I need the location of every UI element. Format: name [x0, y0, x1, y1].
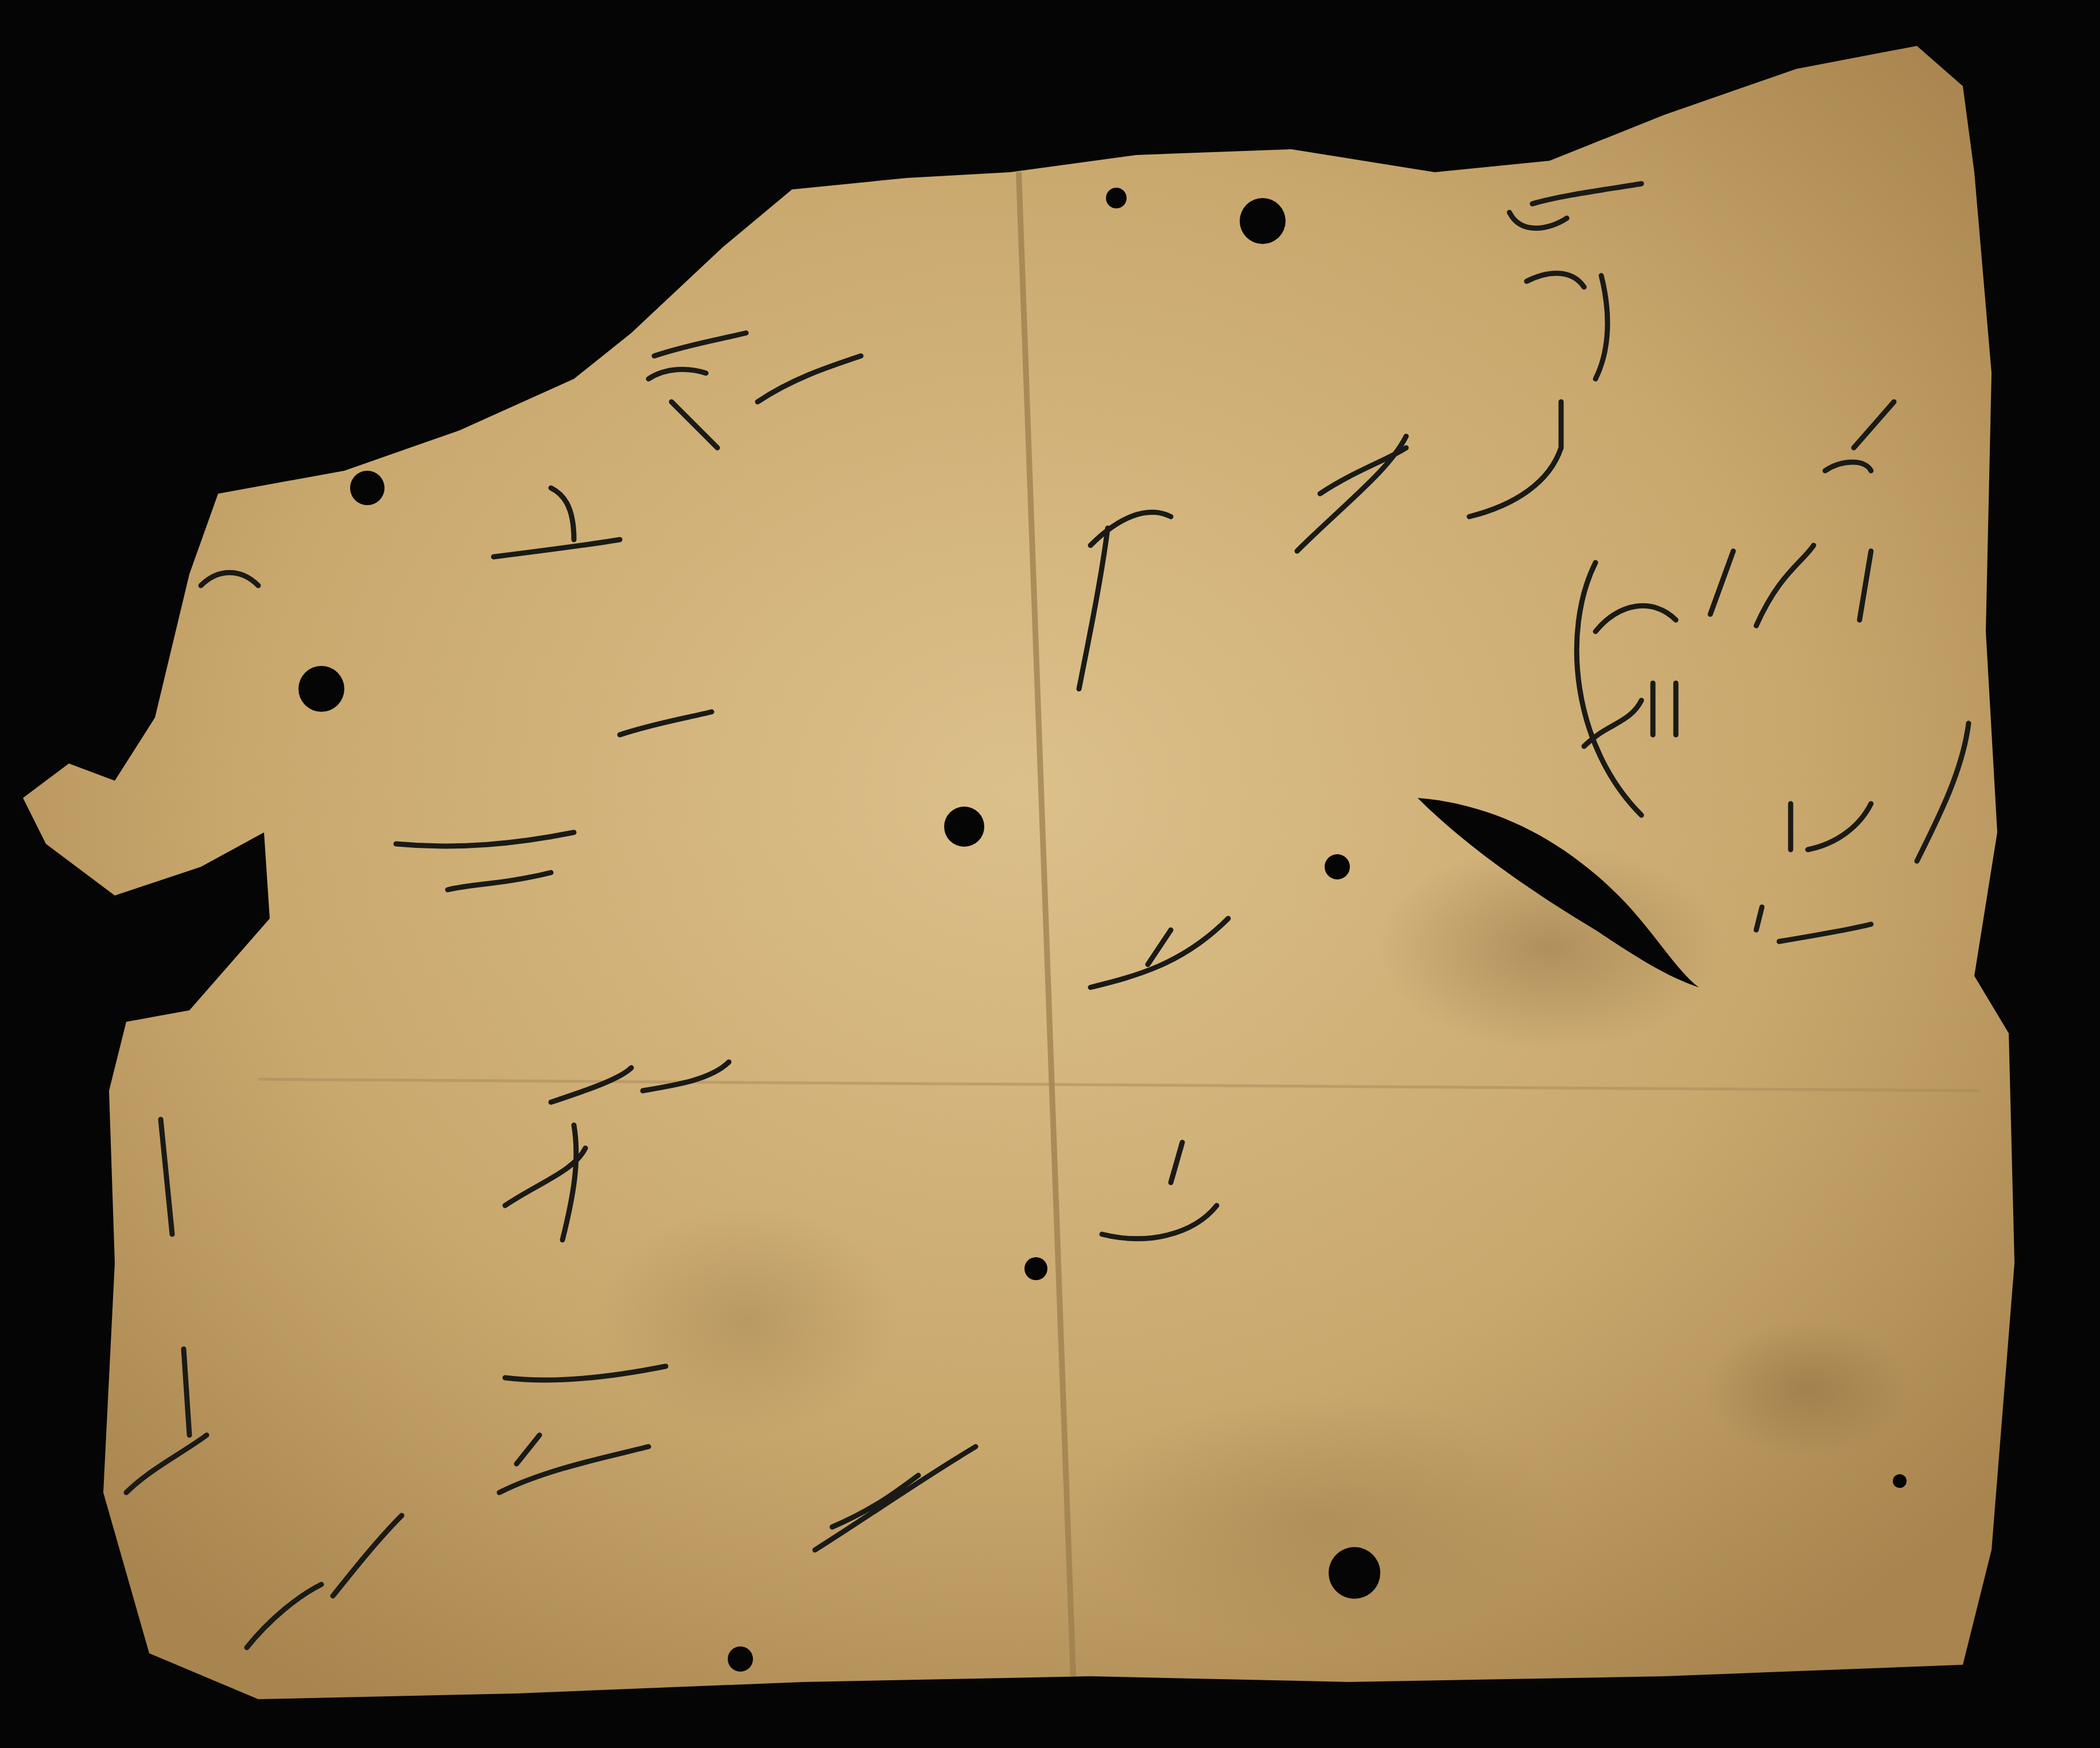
- manuscript-photo: Fragment of an old handwritten manuscrip…: [0, 0, 2100, 1748]
- paper-sheet: [23, 46, 2014, 1699]
- manuscript-fragment: [0, 0, 2100, 1748]
